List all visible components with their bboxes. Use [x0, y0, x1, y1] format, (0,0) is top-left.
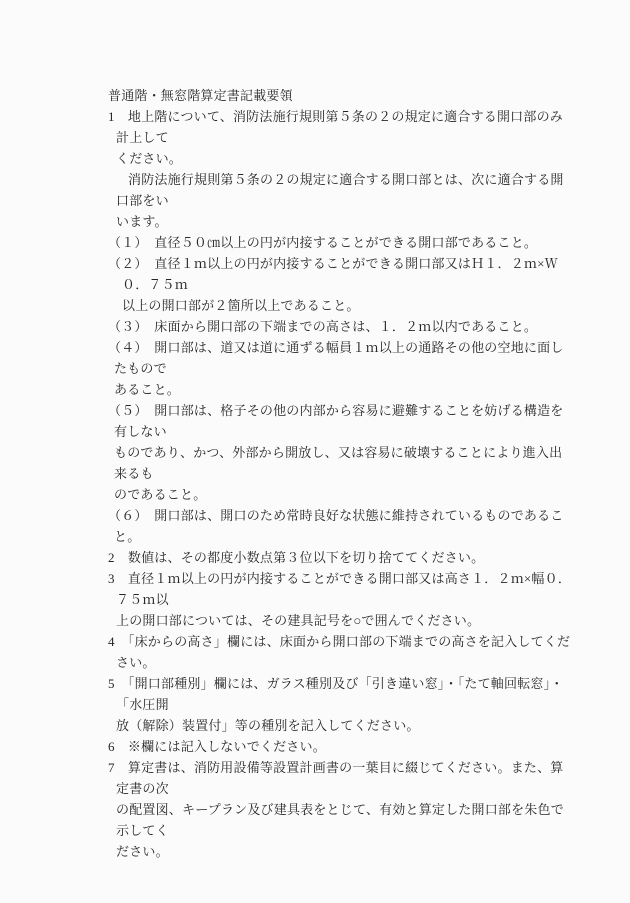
sub-item-1-50cm-circle: （１） 直径５０㎝以上の円が内接することができる開口部であること。 [108, 232, 572, 253]
item-3-circle-fixture-symbol: 3 直径１ｍ以上の円が内接することができる開口部又は高さ１．２ｍ×幅０．７５ｍ以… [108, 568, 572, 631]
sub-item-2-1m-circle-or-two-openings: （２） 直径１ｍ以上の円が内接することができる開口部又はＨ１．２ｍ×Ｗ０．７５ｍ… [108, 253, 572, 316]
item-4-height-from-floor-column: 4 「床からの高さ」欄には、床面から開口部の下端までの高さを記入してください。 [108, 631, 572, 673]
sub-item-4-facing-road-or-open-space: （４） 開口部は、道又は道に通ずる幅員１ｍ以上の通路その他の空地に面したもので … [108, 337, 572, 400]
item-2-rounding-rule: 2 数値は、その都度小数点第３位以下を切り捨ててください。 [108, 547, 572, 568]
item-7-binding-instructions: 7 算定書は、消防用設備等設置計画書の一葉目に綴じてください。また、算定書の次 … [108, 757, 572, 862]
sub-item-6-maintained-condition: （６） 開口部は、開口のため常時良好な状態に維持されているものであること。 [108, 505, 572, 547]
sub-item-3-height-from-floor: （３） 床面から開口部の下端までの高さは、１．２ｍ以内であること。 [108, 316, 572, 337]
page-title: 普通階・無窓階算定書記載要領 [108, 85, 572, 106]
item-6-do-not-fill-asterisk-column: 6 ※欄には記入しないでください。 [108, 736, 572, 757]
sub-item-5-no-obstructing-structure: （５） 開口部は、格子その他の内部から容易に避難することを妨げる構造を有しない … [108, 400, 572, 505]
document-page: 普通階・無窓階算定書記載要領 1 地上階について、消防法施行規則第５条の２の規定… [0, 0, 630, 903]
note-opening-definition: 消防法施行規則第５条の２の規定に適合する開口部とは、次に適合する開口部をい いま… [108, 169, 572, 232]
item-1-ground-floor-openings: 1 地上階について、消防法施行規則第５条の２の規定に適合する開口部のみ計上して … [108, 106, 572, 169]
item-5-opening-type-column: 5 「開口部種別」欄には、ガラス種別及び「引き違い窓」・「たて軸回転窓」・「水圧… [108, 673, 572, 736]
